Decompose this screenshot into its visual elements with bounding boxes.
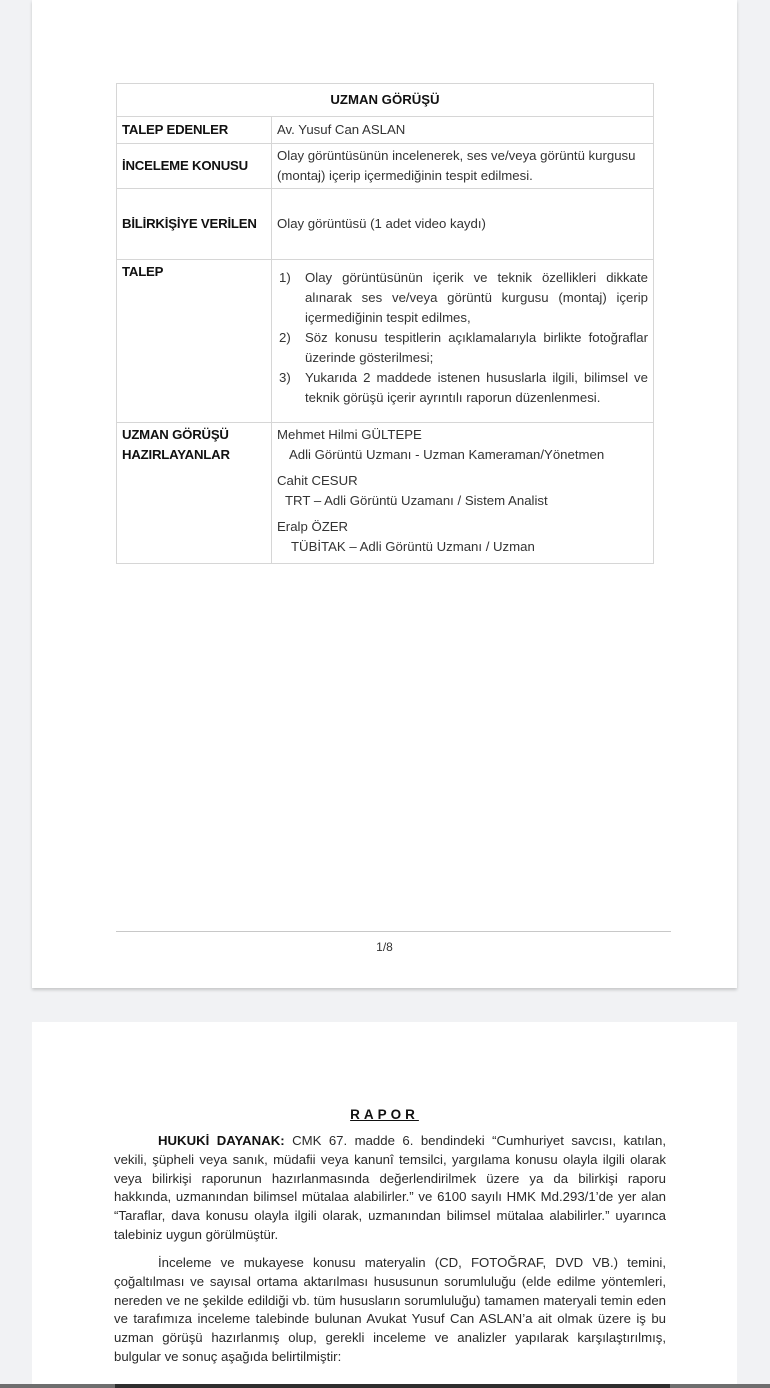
document-page-2: RAPOR HUKUKİ DAYANAK: CMK 67. madde 6. b… bbox=[32, 1022, 737, 1388]
scroll-edge-bar bbox=[0, 1384, 770, 1388]
legal-basis-lead: HUKUKİ DAYANAK: bbox=[158, 1133, 285, 1148]
row-value: Av. Yusuf Can ASLAN bbox=[272, 117, 654, 144]
request-list: Olay görüntüsünün içerik ve teknik özell… bbox=[277, 268, 648, 408]
row-label: UZMAN GÖRÜŞÜ HAZIRLAYANLAR bbox=[117, 423, 272, 564]
row-label: TALEP EDENLER bbox=[117, 117, 272, 144]
expert-entry: Mehmet Hilmi GÜLTEPE Adli Görüntü Uzmanı… bbox=[277, 425, 648, 465]
list-item: Olay görüntüsünün içerik ve teknik özell… bbox=[305, 268, 648, 328]
report-heading: RAPOR bbox=[32, 1107, 737, 1122]
expert-entry: Eralp ÖZER TÜBİTAK – Adli Görüntü Uzmanı… bbox=[277, 517, 648, 557]
table-row: TALEP Olay görüntüsünün içerik ve teknik… bbox=[117, 260, 654, 423]
scroll-edge-inner bbox=[115, 1384, 670, 1388]
expert-opinion-table: UZMAN GÖRÜŞÜ TALEP EDENLER Av. Yusuf Can… bbox=[116, 83, 654, 564]
row-label: TALEP bbox=[117, 260, 272, 423]
expert-title: TÜBİTAK – Adli Görüntü Uzmanı / Uzman bbox=[277, 537, 648, 557]
list-item: Yukarıda 2 maddede istenen hususlarla il… bbox=[305, 368, 648, 408]
row-value: Mehmet Hilmi GÜLTEPE Adli Görüntü Uzmanı… bbox=[272, 423, 654, 564]
row-value: Olay görüntüsü (1 adet video kaydı) bbox=[272, 189, 654, 260]
expert-title: TRT – Adli Görüntü Uzamanı / Sistem Anal… bbox=[277, 491, 648, 511]
expert-entry: Cahit CESUR TRT – Adli Görüntü Uzamanı /… bbox=[277, 471, 648, 511]
footer-divider bbox=[116, 931, 671, 932]
table-title: UZMAN GÖRÜŞÜ bbox=[117, 84, 654, 117]
row-value: Olay görüntüsünün içerik ve teknik özell… bbox=[272, 260, 654, 423]
expert-title: Adli Görüntü Uzmanı - Uzman Kameraman/Yö… bbox=[277, 445, 648, 465]
expert-name: Eralp ÖZER bbox=[277, 517, 648, 537]
expert-name: Cahit CESUR bbox=[277, 471, 648, 491]
page-number: 1/8 bbox=[32, 940, 737, 954]
table-row: TALEP EDENLER Av. Yusuf Can ASLAN bbox=[117, 117, 654, 144]
material-paragraph: İnceleme ve mukayese konusu materyalin (… bbox=[114, 1254, 666, 1367]
legal-basis-paragraph: HUKUKİ DAYANAK: CMK 67. madde 6. bendind… bbox=[114, 1132, 666, 1245]
row-label: İNCELEME KONUSU bbox=[117, 144, 272, 189]
legal-basis-text: CMK 67. madde 6. bendindeki “Cumhuriyet … bbox=[114, 1133, 666, 1242]
table-row: İNCELEME KONUSU Olay görüntüsünün incele… bbox=[117, 144, 654, 189]
table-row: UZMAN GÖRÜŞÜ HAZIRLAYANLAR Mehmet Hilmi … bbox=[117, 423, 654, 564]
row-value: Olay görüntüsünün incelenerek, ses ve/ve… bbox=[272, 144, 654, 189]
list-item: Söz konusu tespitlerin açıklamalarıyla b… bbox=[305, 328, 648, 368]
table-row: BİLİRKİŞİYE VERİLEN Olay görüntüsü (1 ad… bbox=[117, 189, 654, 260]
expert-name: Mehmet Hilmi GÜLTEPE bbox=[277, 425, 648, 445]
row-label: BİLİRKİŞİYE VERİLEN bbox=[117, 189, 272, 260]
document-page-1: UZMAN GÖRÜŞÜ TALEP EDENLER Av. Yusuf Can… bbox=[32, 0, 737, 988]
